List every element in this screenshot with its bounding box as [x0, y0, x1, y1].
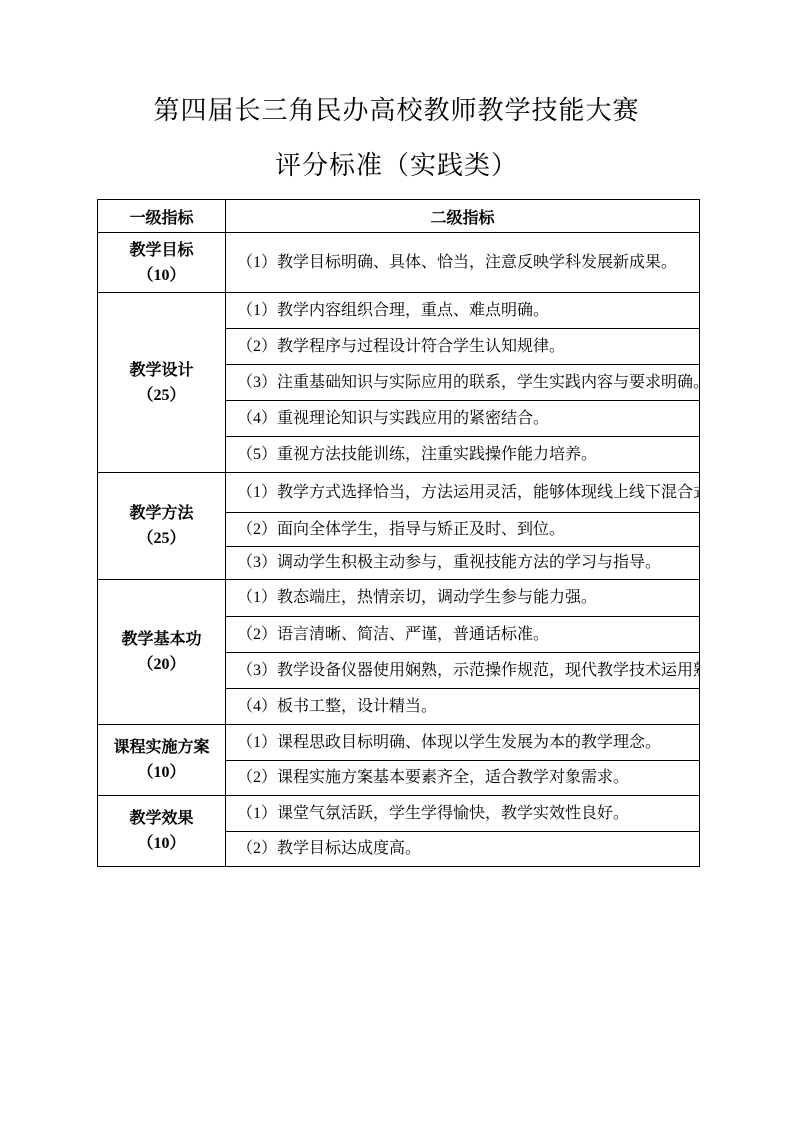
page-title: 第四届长三角民办高校教师教学技能大赛: [0, 90, 793, 127]
criterion-text: （1）课堂气氛活跃，学生学得愉快，教学实效性良好。: [226, 796, 700, 832]
column-header-level1: 一级指标: [98, 200, 226, 233]
indicator-score: （10）: [100, 760, 223, 785]
indicator-teaching-objectives: 教学目标 （10）: [98, 233, 226, 293]
indicator-score: （25）: [100, 383, 223, 408]
indicator-name: 教学目标: [100, 238, 223, 263]
indicator-score: （10）: [100, 831, 223, 856]
indicator-basic-teaching-skills: 教学基本功 （20）: [98, 580, 226, 725]
table-row: 教学效果 （10） （1）课堂气氛活跃，学生学得愉快，教学实效性良好。: [98, 796, 700, 832]
criterion-text: （2）教学目标达成度高。: [226, 832, 700, 867]
table-row: 课程实施方案 （10） （1）课程思政目标明确、体现以学生发展为本的教学理念。: [98, 725, 700, 761]
table-row: 教学目标 （10） （1）教学目标明确、具体、恰当，注意反映学科发展新成果。: [98, 233, 700, 293]
table-row: 教学设计 （25） （1）教学内容组织合理，重点、难点明确。: [98, 293, 700, 329]
indicator-name: 教学设计: [100, 358, 223, 383]
criterion-text: （1）教态端庄，热情亲切，调动学生参与能力强。: [226, 580, 700, 617]
criterion-text: （4）重视理论知识与实践应用的紧密结合。: [226, 401, 700, 437]
criterion-text: （3）教学设备仪器使用娴熟，示范操作规范，现代教学技术运用熟: [226, 653, 700, 689]
criterion-text: （4）板书工整，设计精当。: [226, 689, 700, 725]
indicator-course-implementation-plan: 课程实施方案 （10）: [98, 725, 226, 796]
indicator-name: 教学效果: [100, 806, 223, 831]
indicator-teaching-effect: 教学效果 （10）: [98, 796, 226, 867]
document-page: 第四届长三角民办高校教师教学技能大赛 评分标准（实践类） 一级指标 二级指标 教…: [0, 0, 793, 1122]
column-header-level2: 二级指标: [226, 200, 700, 233]
indicator-name: 教学基本功: [100, 627, 223, 652]
indicator-teaching-methods: 教学方法 （25）: [98, 473, 226, 580]
table-row: 教学方法 （25） （1）教学方式选择恰当，方法运用灵活，能够体现线上线下混合式: [98, 473, 700, 513]
page-subtitle: 评分标准（实践类）: [0, 145, 793, 182]
indicator-name: 课程实施方案: [100, 735, 223, 760]
indicator-teaching-design: 教学设计 （25）: [98, 293, 226, 473]
criterion-text: （1）教学目标明确、具体、恰当，注意反映学科发展新成果。: [226, 233, 700, 293]
scoring-rubric-table: 一级指标 二级指标 教学目标 （10） （1）教学目标明确、具体、恰当，注意反映…: [97, 199, 700, 867]
indicator-name: 教学方法: [100, 501, 223, 526]
indicator-score: （25）: [100, 526, 223, 551]
criterion-text: （2）课程实施方案基本要素齐全，适合教学对象需求。: [226, 761, 700, 796]
criterion-text: （2）教学程序与过程设计符合学生认知规律。: [226, 329, 700, 365]
criterion-text: （5）重视方法技能训练，注重实践操作能力培养。: [226, 437, 700, 473]
criterion-text: （1）教学方式选择恰当，方法运用灵活，能够体现线上线下混合式: [226, 473, 700, 513]
indicator-score: （10）: [100, 263, 223, 288]
table-row: 教学基本功 （20） （1）教态端庄，热情亲切，调动学生参与能力强。: [98, 580, 700, 617]
criterion-text: （3）调动学生积极主动参与，重视技能方法的学习与指导。: [226, 547, 700, 580]
table-header-row: 一级指标 二级指标: [98, 200, 700, 233]
criterion-text: （1）教学内容组织合理，重点、难点明确。: [226, 293, 700, 329]
indicator-score: （20）: [100, 652, 223, 677]
criterion-text: （1）课程思政目标明确、体现以学生发展为本的教学理念。: [226, 725, 700, 761]
criterion-text: （3）注重基础知识与实际应用的联系，学生实践内容与要求明确。: [226, 365, 700, 401]
criterion-text: （2）面向全体学生，指导与矫正及时、到位。: [226, 513, 700, 547]
criterion-text: （2）语言清晰、简洁、严谨，普通话标准。: [226, 617, 700, 653]
